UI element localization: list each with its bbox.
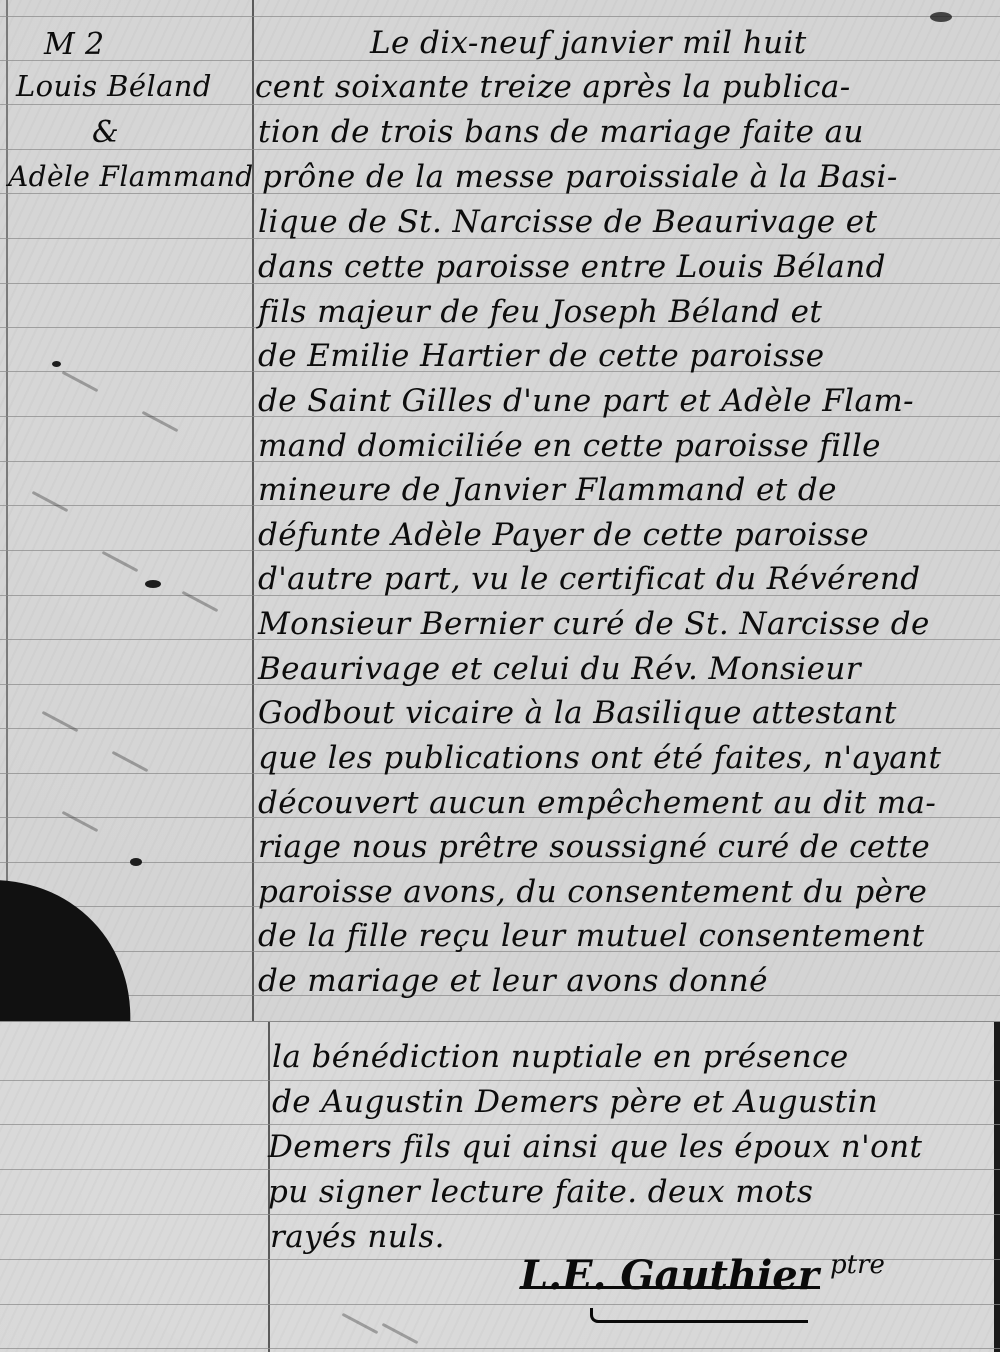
bleed-through-mark	[182, 591, 219, 612]
ink-blot	[930, 12, 952, 22]
record-text-line: riage nous prêtre soussigné curé de cett…	[258, 832, 930, 863]
record-text-line: lique de St. Narcisse de Beaurivage et	[258, 207, 877, 238]
record-text-line: de Emilie Hartier de cette paroisse	[258, 341, 825, 372]
record-text-line: de mariage et leur avons donné	[258, 966, 768, 997]
ink-blot	[52, 361, 61, 367]
register-page-top: M 2 Louis Béland & Adèle Flammand Le dix…	[0, 0, 1000, 1022]
rule-line	[0, 1348, 1000, 1349]
record-text-line: que les publications ont été faites, n'a…	[258, 743, 941, 774]
register-page-bottom: la bénédiction nuptiale en présence de A…	[0, 1022, 1000, 1352]
rule-line	[0, 1214, 1000, 1215]
ink-blot	[130, 858, 142, 866]
bleed-through-mark	[342, 1313, 379, 1334]
signature-flourish	[590, 1308, 808, 1323]
bleed-through-mark	[32, 491, 69, 512]
record-text-line: dans cette paroisse entre Louis Béland	[258, 252, 886, 283]
record-text-line: cent soixante treize après la publica-	[255, 72, 851, 103]
signature-title: ptre	[830, 1250, 885, 1280]
record-text-line: défunte Adèle Payer de cette paroisse	[258, 520, 869, 551]
record-text-line: la bénédiction nuptiale en présence	[272, 1042, 849, 1073]
bleed-through-mark	[382, 1323, 419, 1344]
record-text-line: fils majeur de feu Joseph Béland et	[258, 297, 822, 328]
page-right-edge	[994, 1022, 1000, 1352]
record-text-line: Monsieur Bernier curé de St. Narcisse de	[258, 609, 930, 640]
bleed-through-mark	[142, 411, 179, 432]
rule-line	[0, 1169, 1000, 1170]
record-number: M 2	[44, 30, 105, 60]
bride-name-margin: Adèle Flammand	[8, 163, 254, 191]
record-text-line: d'autre part, vu le certificat du Révére…	[258, 564, 920, 595]
record-text-line: mineure de Janvier Flammand et de	[258, 475, 837, 506]
rule-line	[0, 1124, 1000, 1125]
record-text-line: Beaurivage et celui du Rév. Monsieur	[258, 654, 861, 685]
rule-line	[0, 1080, 1000, 1081]
record-text-line: paroisse avons, du consentement du père	[258, 877, 927, 908]
ink-blot	[145, 580, 161, 588]
page-left-edge	[6, 0, 8, 1022]
record-text-line: de Saint Gilles d'une part et Adèle Flam…	[258, 386, 914, 417]
ampersand: &	[92, 118, 119, 148]
bleed-through-mark	[112, 751, 149, 772]
margin-divider-line	[252, 0, 254, 1022]
groom-name-margin: Louis Béland	[16, 72, 212, 101]
rule-line	[0, 1304, 1000, 1305]
record-text-line: tion de trois bans de mariage faite au	[258, 117, 864, 148]
bleed-through-mark	[62, 811, 99, 832]
record-text-line: rayés nuls.	[270, 1222, 445, 1253]
bleed-through-mark	[62, 371, 99, 392]
rule-line	[0, 16, 1000, 17]
record-text-line: mand domiciliée en cette paroisse fille	[258, 431, 881, 462]
record-text-line: de la fille reçu leur mutuel consentemen…	[258, 921, 924, 952]
priest-signature: L.E. Gauthier	[520, 1252, 819, 1299]
bleed-through-mark	[102, 551, 139, 572]
record-text-line: Demers fils qui ainsi que les époux n'on…	[268, 1132, 922, 1163]
record-text-line: Godbout vicaire à la Basilique attestant	[258, 698, 897, 729]
record-text-line: pu signer lecture faite. deux mots	[268, 1177, 813, 1208]
record-text-line: Le dix-neuf janvier mil huit	[370, 28, 807, 59]
record-text-line: de Augustin Demers père et Augustin	[272, 1087, 878, 1118]
record-text-line: découvert aucun empêchement au dit ma-	[258, 788, 936, 819]
record-text-line: prône de la messe paroissiale à la Basi-	[262, 162, 898, 193]
